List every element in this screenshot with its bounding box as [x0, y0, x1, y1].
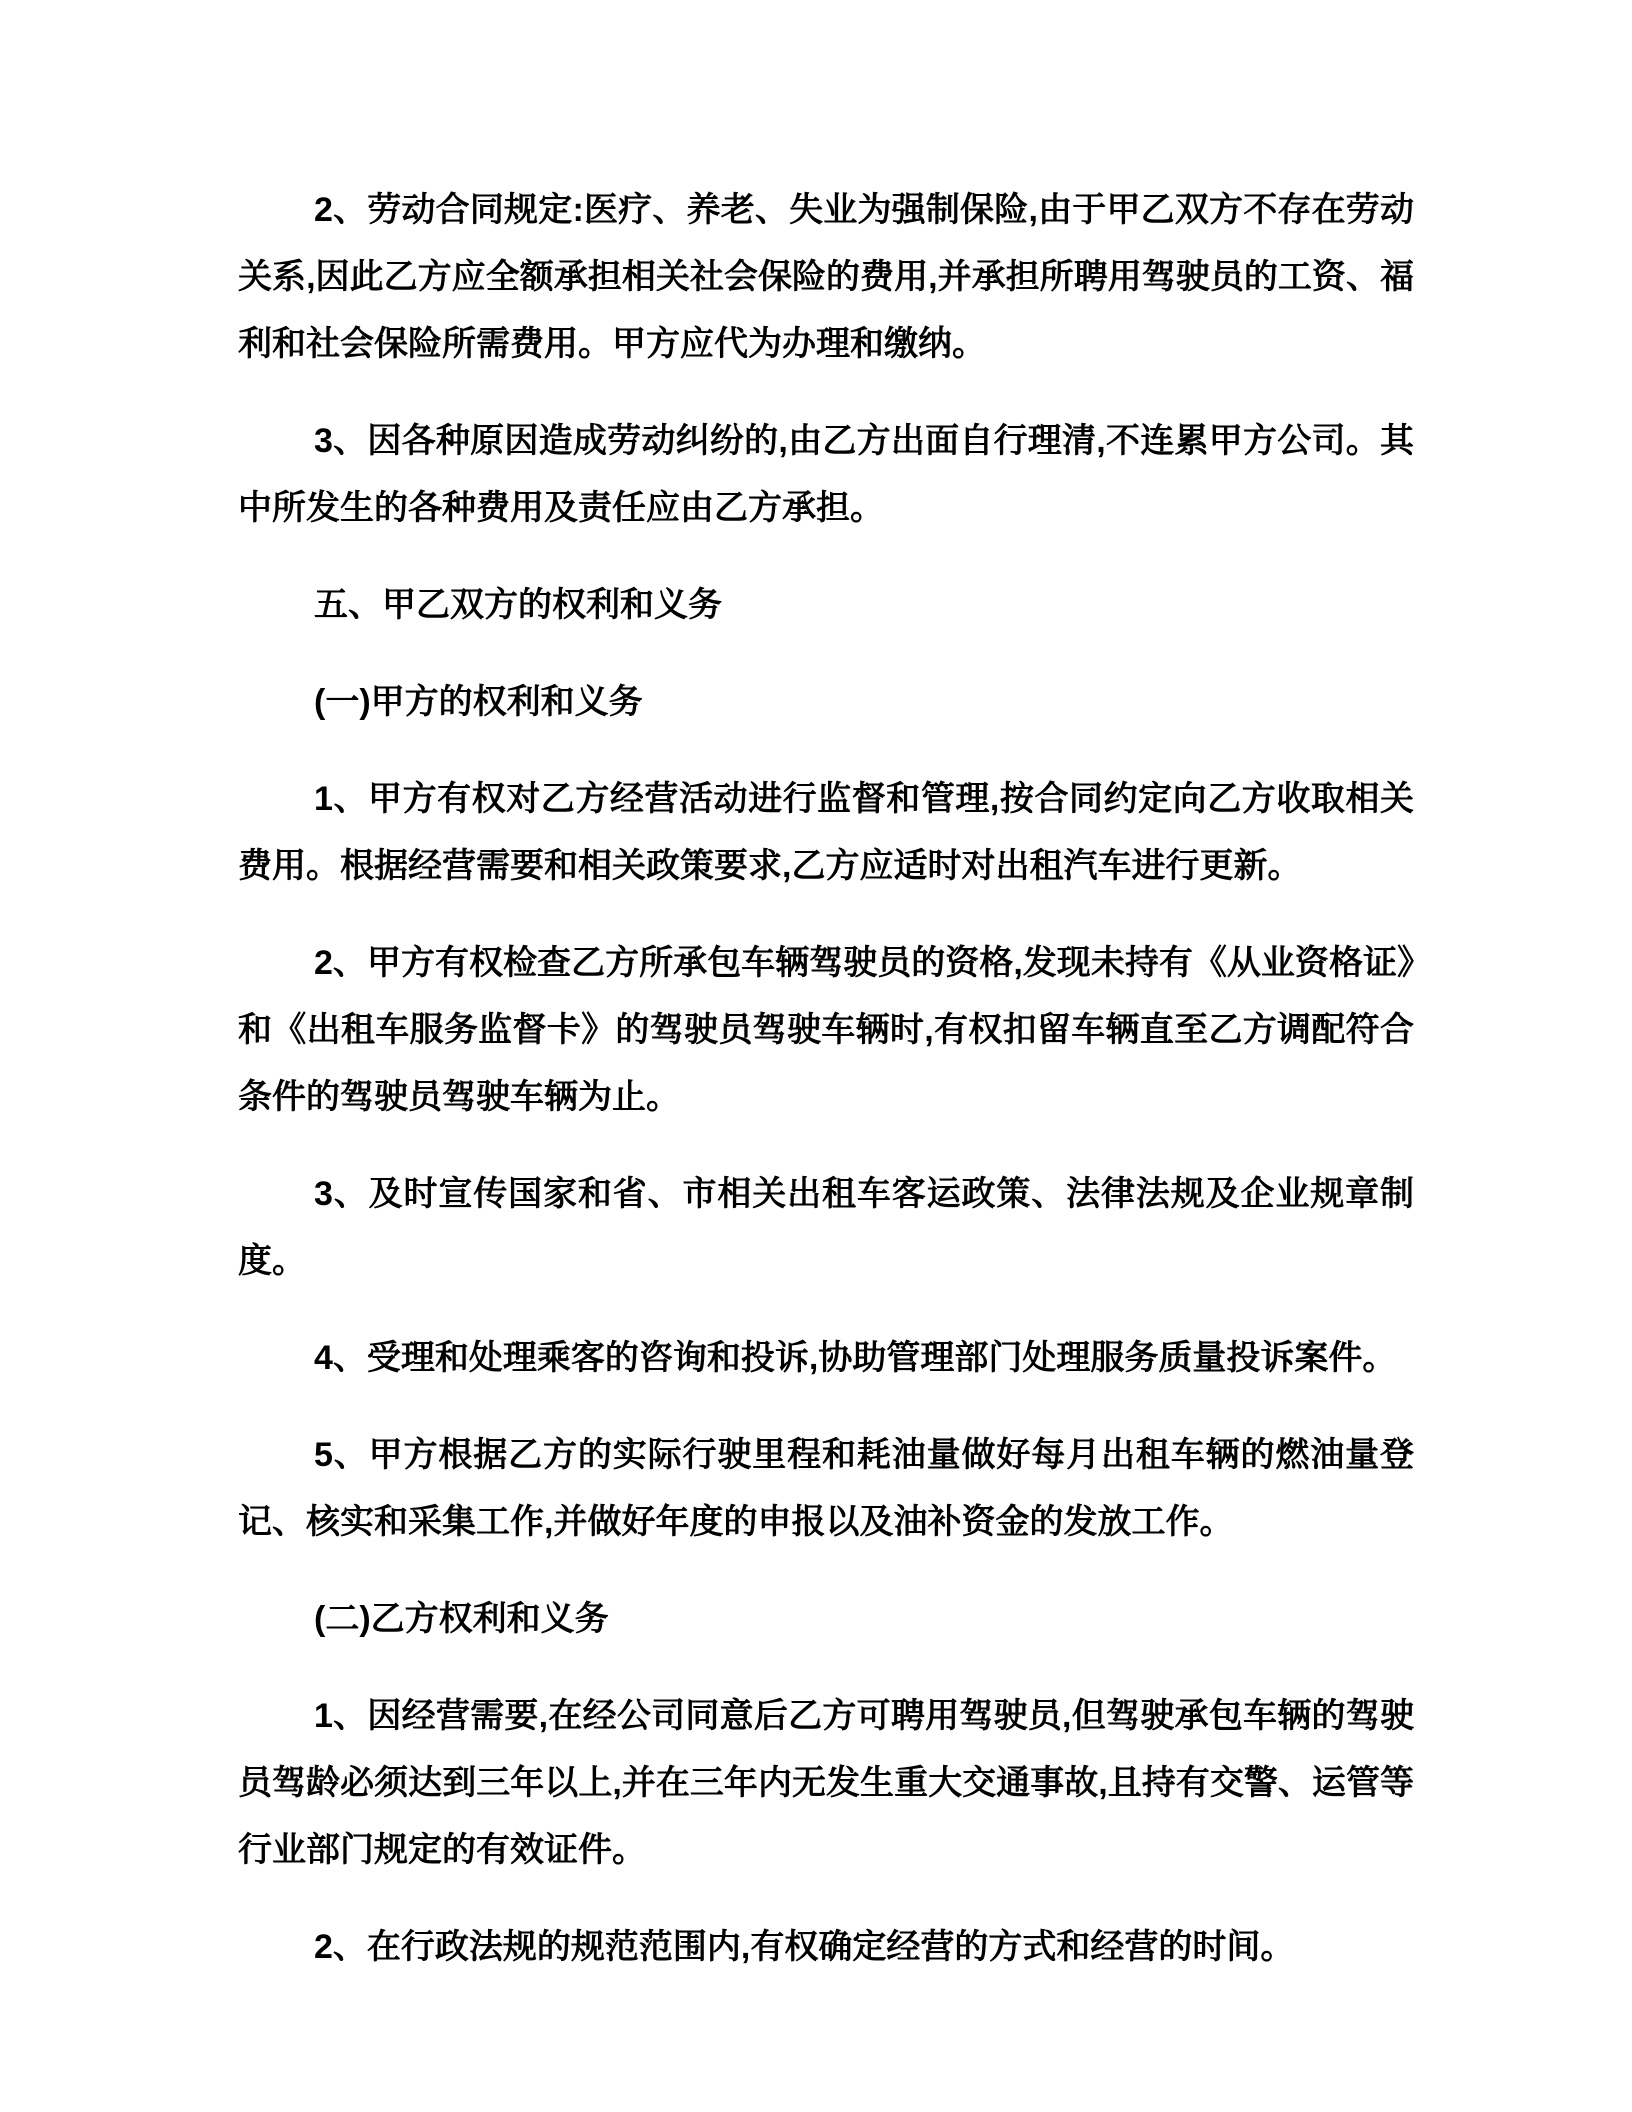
- clause-party-b-1: 1、因经营需要,在经公司同意后乙方可聘用驾驶员,但驾驶承包车辆的驾驶员驾龄必须达…: [238, 1683, 1414, 1884]
- heading-party-b-rights: (二)乙方权利和义务: [238, 1586, 1414, 1653]
- clause-party-b-2: 2、在行政法规的规范范围内,有权确定经营的方式和经营的时间。: [238, 1914, 1414, 1981]
- clause-labor-dispute: 3、因各种原因造成劳动纠纷的,由乙方出面自行理清,不连累甲方公司。其中所发生的各…: [238, 408, 1414, 542]
- heading-section-five: 五、甲乙双方的权利和义务: [238, 572, 1414, 639]
- contract-text-block: 2、劳动合同规定:医疗、养老、失业为强制保险,由于甲乙双方不存在劳动关系,因此乙…: [238, 177, 1414, 1981]
- clause-party-a-2: 2、甲方有权检查乙方所承包车辆驾驶员的资格,发现未持有《从业资格证》和《出租车服…: [238, 930, 1414, 1131]
- clause-party-a-1: 1、甲方有权对乙方经营活动进行监督和管理,按合同约定向乙方收取相关费用。根据经营…: [238, 766, 1414, 900]
- heading-party-a-rights: (一)甲方的权利和义务: [238, 669, 1414, 736]
- contract-document-page: 2、劳动合同规定:医疗、养老、失业为强制保险,由于甲乙双方不存在劳动关系,因此乙…: [0, 0, 1632, 2112]
- clause-party-a-5: 5、甲方根据乙方的实际行驶里程和耗油量做好每月出租车辆的燃油量登记、核实和采集工…: [238, 1422, 1414, 1556]
- clause-party-a-3: 3、及时宣传国家和省、市相关出租车客运政策、法律法规及企业规章制度。: [238, 1161, 1414, 1295]
- clause-party-a-4: 4、受理和处理乘客的咨询和投诉,协助管理部门处理服务质量投诉案件。: [238, 1325, 1414, 1392]
- clause-labor-insurance: 2、劳动合同规定:医疗、养老、失业为强制保险,由于甲乙双方不存在劳动关系,因此乙…: [238, 177, 1414, 378]
